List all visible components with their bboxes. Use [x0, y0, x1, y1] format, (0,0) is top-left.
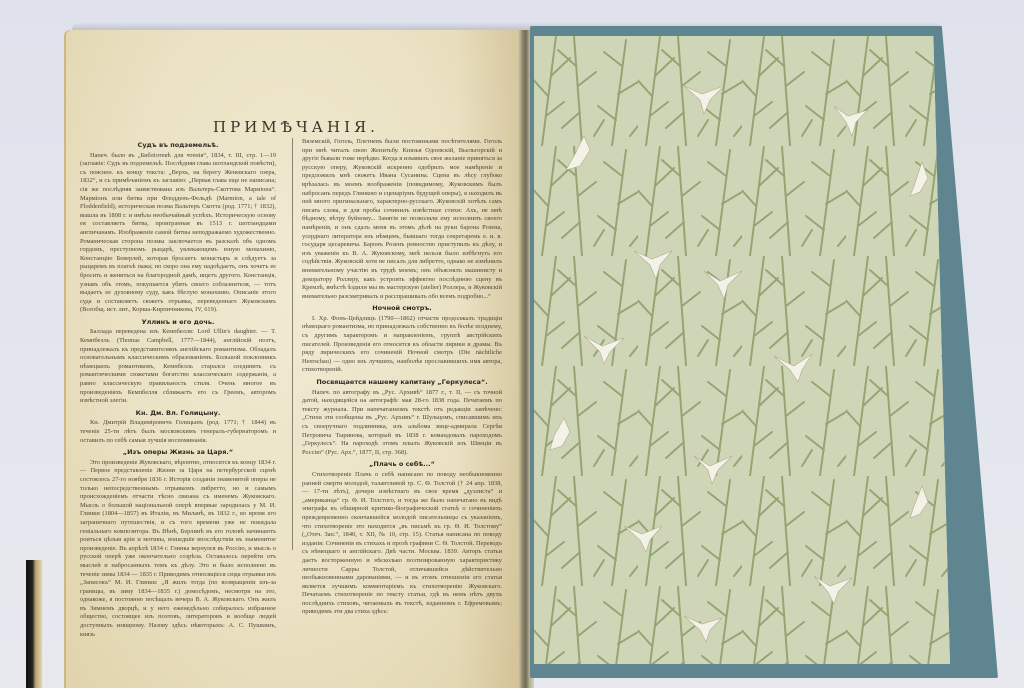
- text-column-right: Вяземскій, Гоголь, Плетневъ были постоян…: [302, 138, 502, 617]
- section-text: Напеч. было въ „Библіотекѣ для чтенія“, …: [80, 152, 276, 315]
- section-text: І. Хр. Фонъ-Цейдлицъ (1790—1862) отчасти…: [302, 315, 502, 375]
- book-spine-edge: [26, 560, 42, 688]
- section-text: Это произведеніе Жуковскаго, вѣроятно, о…: [80, 459, 276, 639]
- section-heading: Посвящается нашему капитану „Геркулеса“.: [302, 378, 502, 387]
- text-column-left: Судъ въ подземельѣ. Напеч. было въ „Библ…: [80, 138, 276, 639]
- section-heading: Уллинъ и его дочь.: [80, 318, 276, 327]
- left-page: ПРИМѢЧАНІЯ. Судъ въ подземельѣ. Напеч. б…: [66, 30, 518, 688]
- section-text: Стихотвореніе Плачь о себѣ написано по п…: [302, 471, 502, 617]
- section-heading: Судъ въ подземельѣ.: [80, 141, 276, 150]
- section-text: Вяземскій, Гоголь, Плетневъ были постоян…: [302, 138, 502, 301]
- page-title: ПРИМѢЧАНІЯ.: [206, 118, 386, 136]
- section-heading: „Изъ оперы Жизнь за Царя.“: [80, 448, 276, 457]
- section-text: Напеч. по автографу въ „Рус. Архивѣ“ 187…: [302, 389, 502, 458]
- decorative-endpaper: [534, 36, 950, 664]
- section-heading: Кн. Дм. Вл. Голицыну.: [80, 409, 276, 418]
- section-text: Кн. Дмитрій Владиміровичъ Голицынъ (род.…: [80, 419, 276, 445]
- section-heading: „Плачь о себѣ...“: [302, 460, 502, 469]
- section-text: Баллада переведена изъ Кемпбелля: Lord U…: [80, 328, 276, 405]
- reed-pattern-icon: [534, 36, 950, 664]
- section-heading: Ночной смотръ.: [302, 304, 502, 313]
- column-divider: [292, 138, 293, 550]
